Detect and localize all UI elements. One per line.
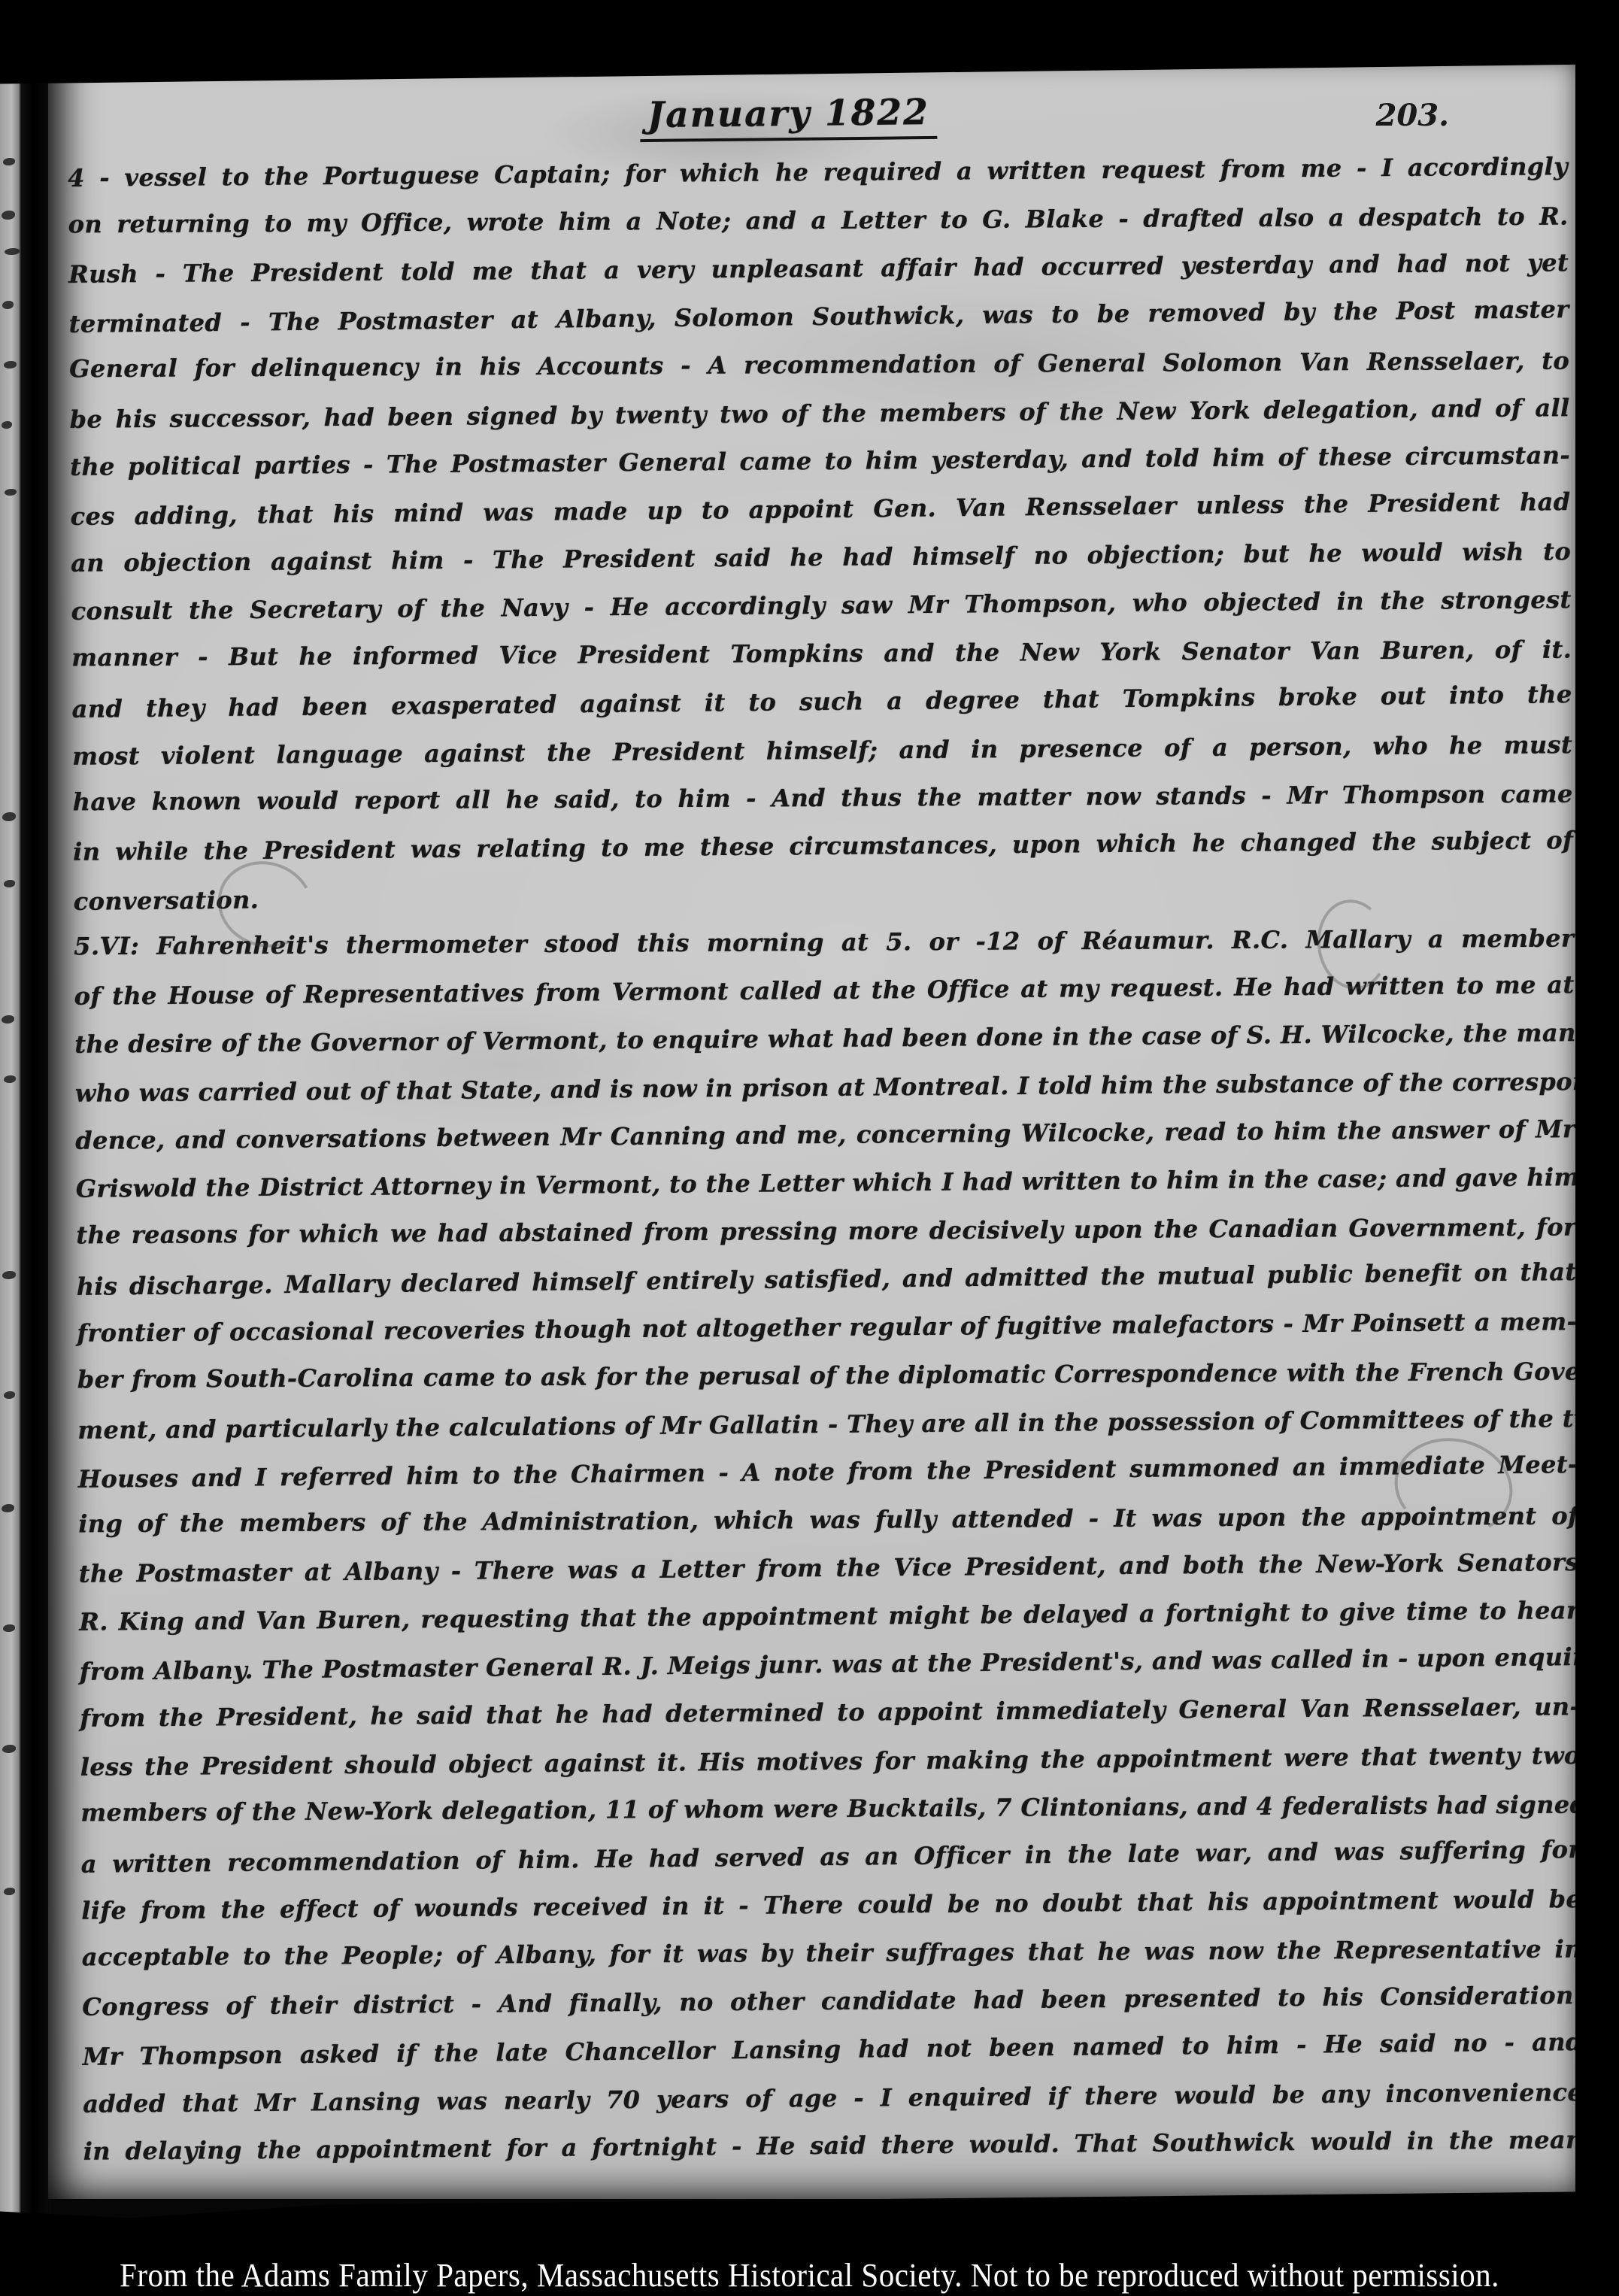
manuscript-text: 4 - vessel to the Portuguese Captain; fo… [68, 152, 1584, 2185]
manuscript-line: on returning to my Office, wrote him a N… [68, 202, 1569, 259]
manuscript-page: January 1822 203. 4 - vessel to the Port… [48, 59, 1575, 2199]
book-gutter-shadow [20, 60, 51, 2226]
manuscript-line: ing of the members of the Administration… [78, 1502, 1578, 1558]
facing-page-edge [0, 68, 21, 2219]
page-title: January 1822 [639, 92, 936, 142]
attribution-text: From the Adams Family Papers, Massachuse… [120, 2255, 1499, 2294]
manuscript-line: ber from South-Carolina came to ask for … [77, 1357, 1578, 1414]
scanned-page-photo: January 1822 203. 4 - vessel to the Port… [0, 0, 1619, 2296]
photo-border-right [1575, 0, 1619, 2296]
manuscript-line: acceptable to the People; of Albany, for… [82, 1935, 1582, 1991]
page-number: 203. [1376, 98, 1449, 133]
manuscript-line: General for delinquency in his Accounts … [69, 347, 1569, 403]
attribution-bar: From the Adams Family Papers, Massachuse… [0, 2257, 1619, 2293]
manuscript-line: have known would report all he said, to … [73, 780, 1573, 836]
